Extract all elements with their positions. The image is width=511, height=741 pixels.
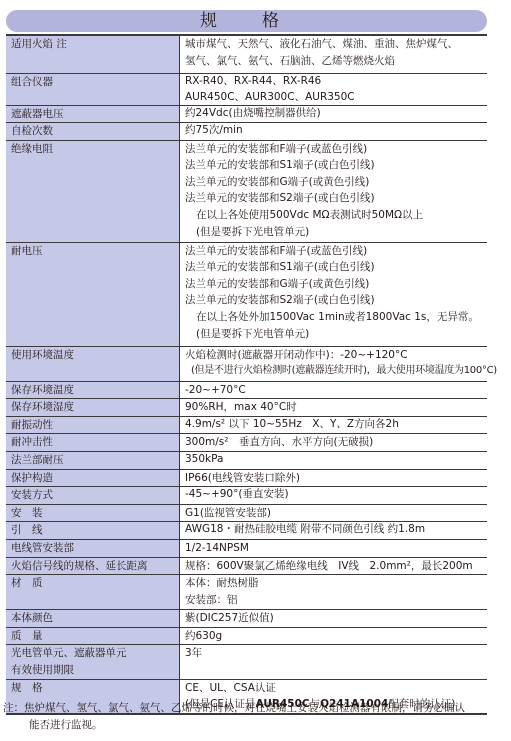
label-line: 光电管单元、遮蔽器单元 (11, 645, 179, 662)
value-line: 90%RH，max 40°C时 (185, 399, 487, 415)
row-label: 保存环境温度 (6, 381, 180, 399)
row-value: 90%RH，max 40°C时 (180, 399, 488, 417)
row-value: 约24Vdc(由烧嘴控制器供给) (180, 105, 488, 123)
value-line: 安装部：铝 (185, 592, 487, 609)
table-row: 保护构造 IP66(电线管安装口除外) (6, 469, 487, 487)
row-value: G1(监视管安装部) (180, 504, 488, 522)
row-value: 紫(DIC257近似值) (180, 610, 488, 628)
value-line: -20~+70°C (185, 382, 487, 398)
value-line: G1(监视管安装部) (185, 505, 487, 521)
table-row: 电线管安装部 1/2-14NPSM (6, 540, 487, 558)
row-value: 约630g (180, 627, 488, 645)
table-row: 适用火焰 注 城市煤气、天然气、液化石油气、煤油、重油、焦炉煤气、 氢气、氯气、… (6, 35, 487, 73)
value-line: 300m/s² 垂直方向、水平方向(无破损) (185, 434, 487, 450)
value-line: AWG18・耐热硅胶电缆 附带不同颜色引线 约1.8m (185, 522, 487, 537)
row-label: 保存环境湿度 (6, 399, 180, 417)
value-line: CE、UL、CSA认证 (185, 680, 487, 697)
table-row: 耐电压 法兰单元的安装部和F端子(或蓝色引线) 法兰单元的安装部和S1端子(或白… (6, 242, 487, 346)
row-label: 遮蔽器电压 (6, 105, 180, 123)
label-line: 有效使用期限 (11, 662, 179, 679)
table-row: 本体颜色 紫(DIC257近似值) (6, 610, 487, 628)
footnote: 注：焦炉煤气、氢气、氯气、氨气、乙烯等的时候，对在烧嘴上安装火焰检测器有限制，请… (3, 700, 503, 734)
value-line: 法兰单元的安装部和S2端子(或白色引线) (185, 190, 487, 207)
row-label: 引 线 (6, 522, 180, 540)
table-row: 安装方式 -45~+90°(垂直安装) (6, 487, 487, 505)
row-value: 3年 (180, 645, 488, 679)
row-label: 材 质 (6, 575, 180, 610)
row-value: 4.9m/s² 以下 10~55Hz X、Y、Z方向各2h (180, 416, 488, 434)
value-line: 火焰检测时(遮蔽器开闭动作中)：-20~+120°C (185, 347, 487, 364)
table-row: 使用环境温度 火焰检测时(遮蔽器开闭动作中)：-20~+120°C (但是不进行… (6, 346, 487, 381)
table-row: 法兰部耐压 350kPa (6, 452, 487, 470)
value-line: (但是要拆下光电管单元) (185, 224, 487, 241)
row-label: 绝缘电阻 (6, 140, 180, 242)
value-line: 规格：600V聚氯乙烯绝缘电线 IV线 2.0mm²，最长200m (185, 558, 487, 574)
row-label: 电线管安装部 (6, 540, 180, 558)
table-row: 耐冲击性 300m/s² 垂直方向、水平方向(无破损) (6, 434, 487, 452)
row-value: 法兰单元的安装部和F端子(或蓝色引线) 法兰单元的安装部和S1端子(或白色引线)… (180, 242, 488, 346)
value-line: -45~+90°(垂直安装) (185, 487, 487, 502)
spec-table: 适用火焰 注 城市煤气、天然气、液化石油气、煤油、重油、焦炉煤气、 氢气、氯气、… (6, 34, 487, 715)
row-label: 耐冲击性 (6, 434, 180, 452)
value-line: 约630g (185, 628, 487, 644)
value-line: 法兰单元的安装部和S2端子(或白色引线) (185, 292, 487, 309)
value-line: (但是不进行火焰检测时(遮蔽器连续开时)，最大使用环境温度为100°C) (185, 363, 487, 380)
row-value: -45~+90°(垂直安装) (180, 487, 488, 505)
row-value: 300m/s² 垂直方向、水平方向(无破损) (180, 434, 488, 452)
row-value: -20~+70°C (180, 381, 488, 399)
table-row: 火焰信号线的规格、延长距离 规格：600V聚氯乙烯绝缘电线 IV线 2.0mm²… (6, 557, 487, 575)
row-label: 使用环境温度 (6, 346, 180, 381)
row-label: 质 量 (6, 627, 180, 645)
table-row: 引 线 AWG18・耐热硅胶电缆 附带不同颜色引线 约1.8m (6, 522, 487, 540)
row-label: 安 装 (6, 504, 180, 522)
value-line: IP66(电线管安装口除外) (185, 470, 487, 486)
value-line: 紫(DIC257近似值) (185, 610, 487, 626)
table-row: 绝缘电阻 法兰单元的安装部和F端子(或蓝色引线) 法兰单元的安装部和S1端子(或… (6, 140, 487, 242)
value-line: 本体：耐热树脂 (185, 575, 487, 592)
row-value: RX-R40、RX-R44、RX-R46 AUR450C、AUR300C、AUR… (180, 73, 488, 105)
value-line: 4.9m/s² 以下 10~55Hz X、Y、Z方向各2h (185, 417, 487, 432)
value-line: RX-R40、RX-R44、RX-R46 (185, 74, 487, 89)
row-label: 自检次数 (6, 123, 180, 141)
value-line: 在以上各处使用500Vdc MΩ表测试时50MΩ以上 (185, 207, 487, 224)
value-line: 法兰单元的安装部和F端子(或蓝色引线) (185, 243, 487, 260)
footnote-line: 能否进行监视。 (3, 717, 503, 734)
row-value: 火焰检测时(遮蔽器开闭动作中)：-20~+120°C (但是不进行火焰检测时(遮… (180, 346, 488, 381)
value-line: 3年 (185, 645, 487, 662)
row-label: 耐振动性 (6, 416, 180, 434)
value-line: 法兰单元的安装部和G端子(或黄色引线) (185, 276, 487, 293)
value-line: AUR450C、AUR300C、AUR350C (185, 89, 487, 105)
table-row: 保存环境湿度 90%RH，max 40°C时 (6, 399, 487, 417)
value-line: 法兰单元的安装部和S1端子(或白色引线) (185, 259, 487, 276)
row-label: 组合仪器 (6, 73, 180, 105)
value-line: 约24Vdc(由烧嘴控制器供给) (185, 106, 487, 121)
row-label: 法兰部耐压 (6, 452, 180, 470)
row-label: 耐电压 (6, 242, 180, 346)
row-value: 1/2-14NPSM (180, 540, 488, 558)
table-row: 遮蔽器电压 约24Vdc(由烧嘴控制器供给) (6, 105, 487, 123)
value-line: 约75次/min (185, 123, 487, 138)
row-value: 350kPa (180, 452, 488, 470)
row-label: 适用火焰 注 (6, 35, 180, 73)
value-line: 法兰单元的安装部和S1端子(或白色引线) (185, 157, 487, 174)
table-row: 质 量 约630g (6, 627, 487, 645)
value-line: 在以上各处外加1500Vac 1min或者1800Vac 1s，无异常。 (185, 309, 487, 326)
value-line: 350kPa (185, 452, 487, 467)
row-value: 城市煤气、天然气、液化石油气、煤油、重油、焦炉煤气、 氢气、氯气、氨气、石脑油、… (180, 35, 488, 73)
value-line: 法兰单元的安装部和F端子(或蓝色引线) (185, 141, 487, 158)
table-row: 自检次数 约75次/min (6, 123, 487, 141)
row-value: AWG18・耐热硅胶电缆 附带不同颜色引线 约1.8m (180, 522, 488, 540)
value-line: 法兰单元的安装部和G端子(或黄色引线) (185, 174, 487, 191)
row-label: 本体颜色 (6, 610, 180, 628)
row-label: 火焰信号线的规格、延长距离 (6, 557, 180, 575)
row-label: 保护构造 (6, 469, 180, 487)
row-value: 约75次/min (180, 123, 488, 141)
section-title: 规 格 (6, 10, 487, 32)
table-row: 光电管单元、遮蔽器单元 有效使用期限 3年 (6, 645, 487, 679)
value-line: (但是要拆下光电管单元) (185, 326, 487, 343)
row-label: 安装方式 (6, 487, 180, 505)
table-row: 保存环境温度 -20~+70°C (6, 381, 487, 399)
table-row: 组合仪器 RX-R40、RX-R44、RX-R46 AUR450C、AUR300… (6, 73, 487, 105)
value-line: 1/2-14NPSM (185, 540, 487, 556)
row-value: 法兰单元的安装部和F端子(或蓝色引线) 法兰单元的安装部和S1端子(或白色引线)… (180, 140, 488, 242)
value-line: 城市煤气、天然气、液化石油气、煤油、重油、焦炉煤气、 (185, 36, 487, 53)
row-value: IP66(电线管安装口除外) (180, 469, 488, 487)
table-row: 安 装 G1(监视管安装部) (6, 504, 487, 522)
table-row: 耐振动性 4.9m/s² 以下 10~55Hz X、Y、Z方向各2h (6, 416, 487, 434)
footnote-line: 注：焦炉煤气、氢气、氯气、氨气、乙烯等的时候，对在烧嘴上安装火焰检测器有限制，请… (3, 702, 465, 714)
row-value: 本体：耐热树脂 安装部：铝 (180, 575, 488, 610)
value-line: 氢气、氯气、氨气、石脑油、乙烯等燃烧火焰 (185, 53, 487, 70)
row-label: 光电管单元、遮蔽器单元 有效使用期限 (6, 645, 180, 679)
row-value: 规格：600V聚氯乙烯绝缘电线 IV线 2.0mm²，最长200m (180, 557, 488, 575)
table-row: 材 质 本体：耐热树脂 安装部：铝 (6, 575, 487, 610)
